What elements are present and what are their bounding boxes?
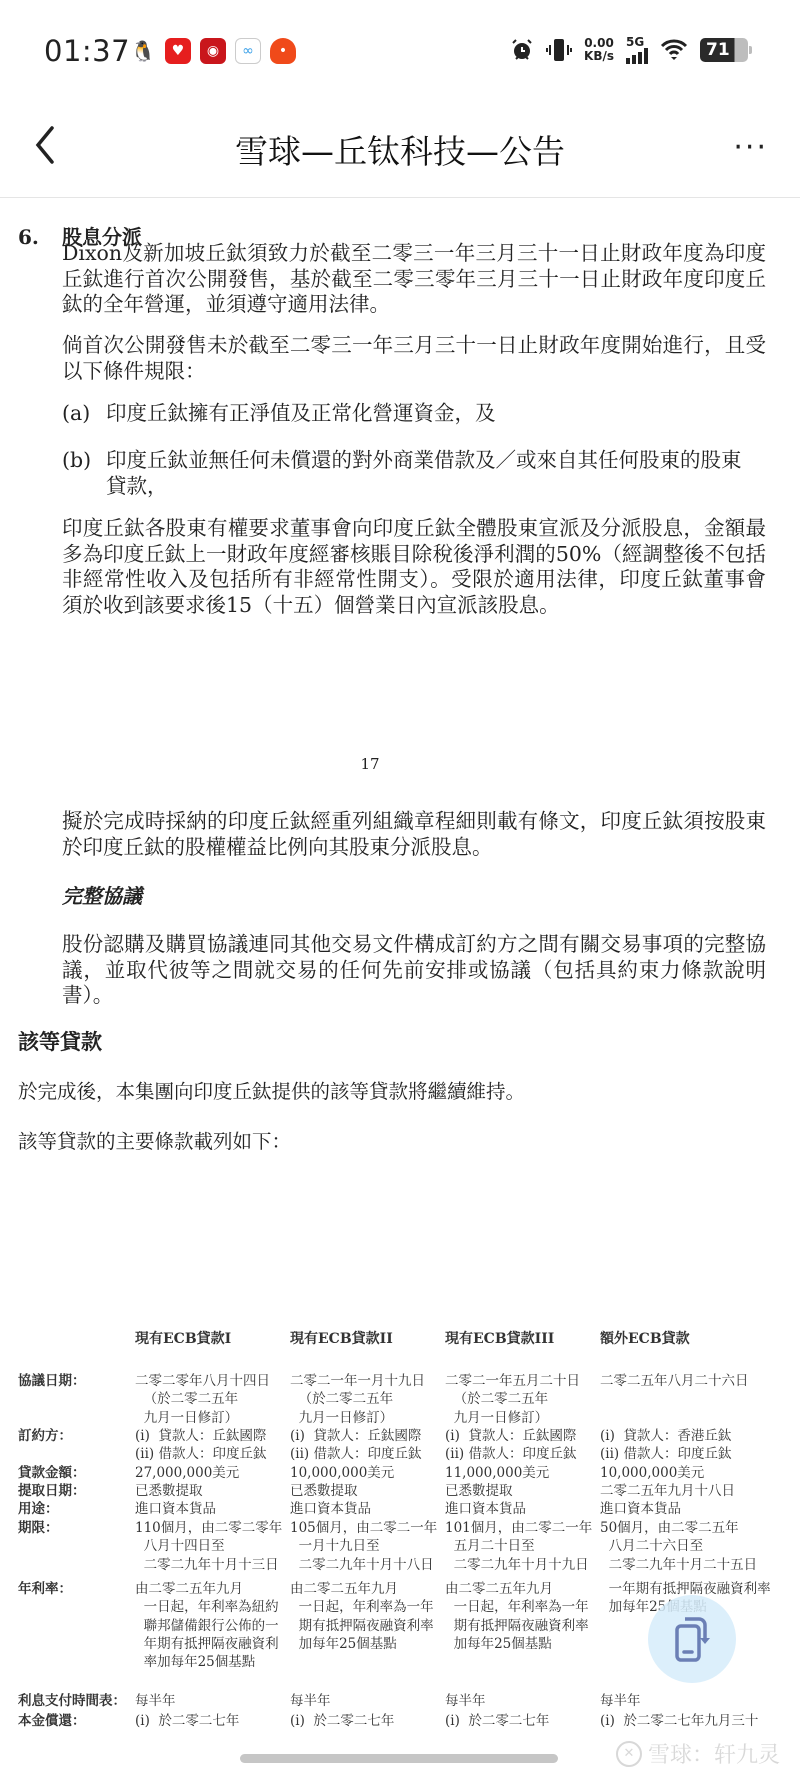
table-cell: 已悉數提取	[445, 1482, 513, 1500]
net-speed: 0.00 KB/s	[584, 37, 614, 63]
table-cell: (i) 貸款人：丘鈦國際 (ii) 借款人：印度丘鈦	[445, 1427, 576, 1464]
subheading-complete-agreement: 完整協議	[62, 884, 142, 910]
column-header: 額外ECB貸款	[600, 1330, 690, 1348]
row-label: 訂約方：	[18, 1427, 72, 1445]
heart-app-icon: ♥	[165, 38, 191, 64]
list-item-a: (a)印度丘鈦擁有正淨值及正常化營運資金，及	[62, 401, 766, 427]
paragraph: Dixon及新加坡丘鈦須致力於截至二零三一年三月三十一日止財政年度為印度丘鈦進行…	[62, 241, 766, 318]
qq-icon: 🐧	[130, 38, 156, 64]
table-cell: 由二零二五年九月 一日起，年利率為一年 期有抵押隔夜融資利率 加每年25個基點	[445, 1580, 589, 1653]
row-label: 期限：	[18, 1519, 59, 1537]
table-cell: (i) 貸款人：香港丘鈦 (ii) 借款人：印度丘鈦	[600, 1427, 731, 1464]
table-cell: 二零二一年五月二十日 （於二零二五年 九月一日修訂）	[445, 1372, 580, 1427]
row-label: 利息支付時間表：	[18, 1692, 126, 1710]
paragraph: 擬於完成時採納的印度丘鈦經重列組織章程細則載有條文，印度丘鈦須按股東於印度丘鈦的…	[62, 809, 766, 860]
table-cell: 已悉數提取	[290, 1482, 358, 1500]
table-cell: (i) 貸款人：丘鈦國際 (ii) 借款人：印度丘鈦	[290, 1427, 421, 1464]
rotate-screen-button[interactable]	[648, 1595, 736, 1683]
paragraph: 股份認購及購買協議連同其他交易文件構成訂約方之間有關交易事項的完整協議，並取代彼…	[62, 932, 766, 1009]
table-cell: (i) 於二零二七年	[445, 1712, 549, 1730]
table-cell: 進口資本貨品	[290, 1500, 371, 1518]
status-bar: 01:37 🐧 ♥ ◉ ∞ • 0.00 KB/s 5G 71	[0, 0, 800, 100]
list-item-b: (b)印度丘鈦並無任何未償還的對外商業借款及／或來自其任何股東的股東貸款，	[62, 448, 766, 499]
column-header: 現有ECB貸款I	[135, 1330, 231, 1348]
table-cell: 11,000,000美元	[445, 1464, 549, 1482]
table-cell: (i) 於二零二七年	[290, 1712, 394, 1730]
table-cell: 10,000,000美元	[290, 1464, 394, 1482]
cellular-signal-icon: 5G	[626, 36, 648, 64]
table-cell: 進口資本貨品	[445, 1500, 526, 1518]
table-cell: 27,000,000美元	[135, 1464, 239, 1482]
table-cell: 已悉數提取	[135, 1482, 203, 1500]
app-bar: 雪球—丘钛科技—公告 ···	[0, 100, 800, 198]
horizontal-scrollbar[interactable]	[240, 1754, 558, 1763]
clock: 01:37	[44, 34, 130, 68]
bank-app-icon: ◉	[200, 38, 226, 64]
table-cell: 由二零二五年九月 一日起，年利率為一年 期有抵押隔夜融資利率 加每年25個基點	[290, 1580, 434, 1653]
column-header: 現有ECB貸款III	[445, 1330, 554, 1348]
page-number: 17	[0, 755, 740, 773]
row-label: 協議日期：	[18, 1372, 86, 1390]
table-cell: 101個月，由二零二一年 五月二十日至 二零二九年十月十九日	[445, 1519, 592, 1574]
battery-icon: 71	[700, 38, 748, 62]
table-cell: 每半年	[600, 1692, 641, 1710]
table-cell: 二零二五年九月十八日	[600, 1482, 735, 1500]
paragraph: 印度丘鈦各股東有權要求董事會向印度丘鈦全體股東宣派及分派股息，金額最多為印度丘鈦…	[62, 516, 766, 618]
table-cell: (i) 於二零二七年	[135, 1712, 239, 1730]
row-label: 貸款金額：	[18, 1464, 86, 1482]
vibrate-icon	[546, 37, 572, 63]
table-cell: 二零二零年八月十四日 （於二零二五年 九月一日修訂）	[135, 1372, 270, 1427]
wifi-icon	[660, 38, 688, 62]
cloud-app-icon: ∞	[235, 38, 261, 64]
table-cell: 每半年	[290, 1692, 331, 1710]
table-cell: (i) 於二零二七年九月三十	[600, 1712, 758, 1730]
table-cell: 二零二一年一月十九日 （於二零二五年 九月一日修訂）	[290, 1372, 425, 1427]
table-cell: 每半年	[135, 1692, 176, 1710]
row-label: 本金償還：	[18, 1712, 86, 1730]
table-cell: 105個月，由二零二一年 一月十九日至 二零二九年十月十八日	[290, 1519, 437, 1574]
table-cell: 每半年	[445, 1692, 486, 1710]
paragraph: 該等貸款的主要條款載列如下：	[18, 1129, 291, 1155]
table-cell: 50個月，由二零二五年 八月二十六日至 二零二九年十月二十五日	[600, 1519, 757, 1574]
paragraph: 倘首次公開發售未於截至二零三一年三月三十一日止財政年度開始進行，且受以下條件規限…	[62, 333, 766, 384]
notification-icons: 🐧 ♥ ◉ ∞ •	[130, 38, 296, 64]
red-app-icon: •	[270, 38, 296, 64]
row-label: 年利率：	[18, 1580, 72, 1598]
row-label: 用途：	[18, 1500, 59, 1518]
table-cell: (i) 貸款人：丘鈦國際 (ii) 借款人：印度丘鈦	[135, 1427, 266, 1464]
table-cell: 進口資本貨品	[135, 1500, 216, 1518]
alarm-icon	[510, 38, 534, 62]
table-cell: 二零二五年八月二十六日	[600, 1372, 749, 1390]
rotate-phone-icon	[669, 1614, 715, 1664]
row-label: 提取日期：	[18, 1482, 86, 1500]
table-cell: 110個月，由二零二零年 八月十四日至 二零二九年十月十三日	[135, 1519, 282, 1574]
more-options-button[interactable]: ···	[733, 130, 768, 165]
watermark: ✕ 雪球：轩九灵	[616, 1738, 780, 1769]
paragraph: 於完成後，本集團向印度丘鈦提供的該等貸款將繼續維持。	[18, 1079, 525, 1105]
column-header: 現有ECB貸款II	[290, 1330, 393, 1348]
table-cell: 10,000,000美元	[600, 1464, 704, 1482]
table-cell: 進口資本貨品	[600, 1500, 681, 1518]
snowball-logo-icon: ✕	[616, 1741, 642, 1767]
heading-loans: 該等貸款	[18, 1030, 102, 1056]
more-icon: ···	[733, 130, 768, 165]
page-title: 雪球—丘钛科技—公告	[0, 126, 800, 173]
system-icons: 0.00 KB/s 5G 71	[510, 36, 748, 64]
table-cell: 由二零二五年九月 一日起，年利率為紐約 聯邦儲備銀行公佈的一 年期有抵押隔夜融資…	[135, 1580, 279, 1671]
